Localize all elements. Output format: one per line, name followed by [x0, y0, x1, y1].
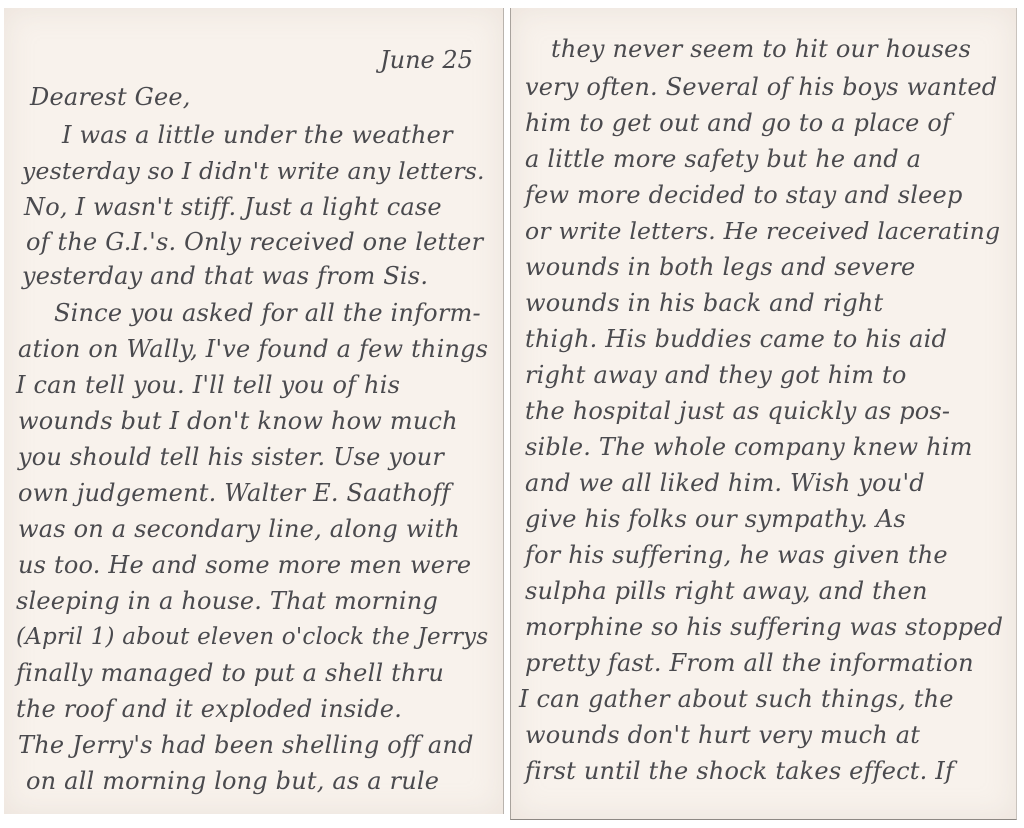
letter-page-left: June 25 Dearest Gee, I was a little unde…	[4, 8, 504, 814]
letter-line: sible. The whole company knew him	[525, 432, 973, 462]
letter-line: wounds in both legs and severe	[525, 252, 915, 282]
letter-line: him to get out and go to a place of	[525, 108, 951, 138]
letter-line: yesterday so I didn't write any letters.	[22, 156, 485, 186]
letter-line: right away and they got him to	[525, 360, 907, 390]
letter-line: I was a little under the weather	[62, 120, 453, 150]
letter-line: thigh. His buddies came to his aid	[525, 324, 947, 354]
letter-line: for his suffering, he was given the	[525, 540, 948, 570]
letter-line: own judgement. Walter E. Saathoff	[18, 478, 451, 508]
letter-line: finally managed to put a shell thru	[16, 658, 444, 688]
letter-line: us too. He and some more men were	[18, 550, 471, 580]
letter-line: the roof and it exploded inside.	[16, 694, 402, 724]
letter-line: (April 1) about eleven o'clock the Jerry…	[16, 622, 488, 652]
letter-line: or write letters. He received lacerating	[525, 216, 1000, 246]
letter-date: June 25	[380, 46, 473, 74]
letter-line: The Jerry's had been shelling off and	[18, 730, 474, 760]
letter-line: No, I wasn't stiff. Just a light case	[24, 192, 442, 222]
letter-line: and we all liked him. Wish you'd	[525, 468, 925, 498]
letter-line: Since you asked for all the inform-	[54, 298, 481, 328]
letter-line: wounds don't hurt very much at	[525, 720, 920, 750]
letter-line: you should tell his sister. Use your	[18, 442, 444, 472]
letter-line: pretty fast. From all the information	[525, 648, 974, 678]
letter-line: wounds in his back and right	[525, 288, 883, 318]
letter-salutation: Dearest Gee,	[30, 82, 191, 112]
letter-line: sulpha pills right away, and then	[525, 576, 928, 606]
letter-line: give his folks our sympathy. As	[525, 504, 906, 534]
letter-line: on all morning long but, as a rule	[26, 766, 439, 796]
letter-page-right: they never seem to hit our houses very o…	[510, 8, 1017, 820]
letter-line: of the G.I.'s. Only received one letter	[26, 227, 483, 257]
letter-line: a little more safety but he and a	[525, 144, 921, 174]
letter-line: I can gather about such things, the	[519, 684, 954, 714]
letter-line: sleeping in a house. That morning	[16, 586, 438, 616]
letter-line: the hospital just as quickly as pos-	[525, 396, 950, 426]
letter-line: very often. Several of his boys wanted	[525, 72, 997, 102]
letter-line: morphine so his suffering was stopped	[525, 612, 1003, 642]
letter-line: yesterday and that was from Sis.	[22, 261, 428, 291]
letter-line: they never seem to hit our houses	[551, 34, 971, 64]
letter-line: first until the shock takes effect. If	[525, 756, 954, 786]
letter-line: wounds but I don't know how much	[18, 406, 458, 436]
letter-line: I can tell you. I'll tell you of his	[16, 370, 400, 400]
letter-line: few more decided to stay and sleep	[525, 180, 963, 210]
letter-line: ation on Wally, I've found a few things	[18, 334, 488, 364]
letter-line: was on a secondary line, along with	[18, 514, 460, 544]
